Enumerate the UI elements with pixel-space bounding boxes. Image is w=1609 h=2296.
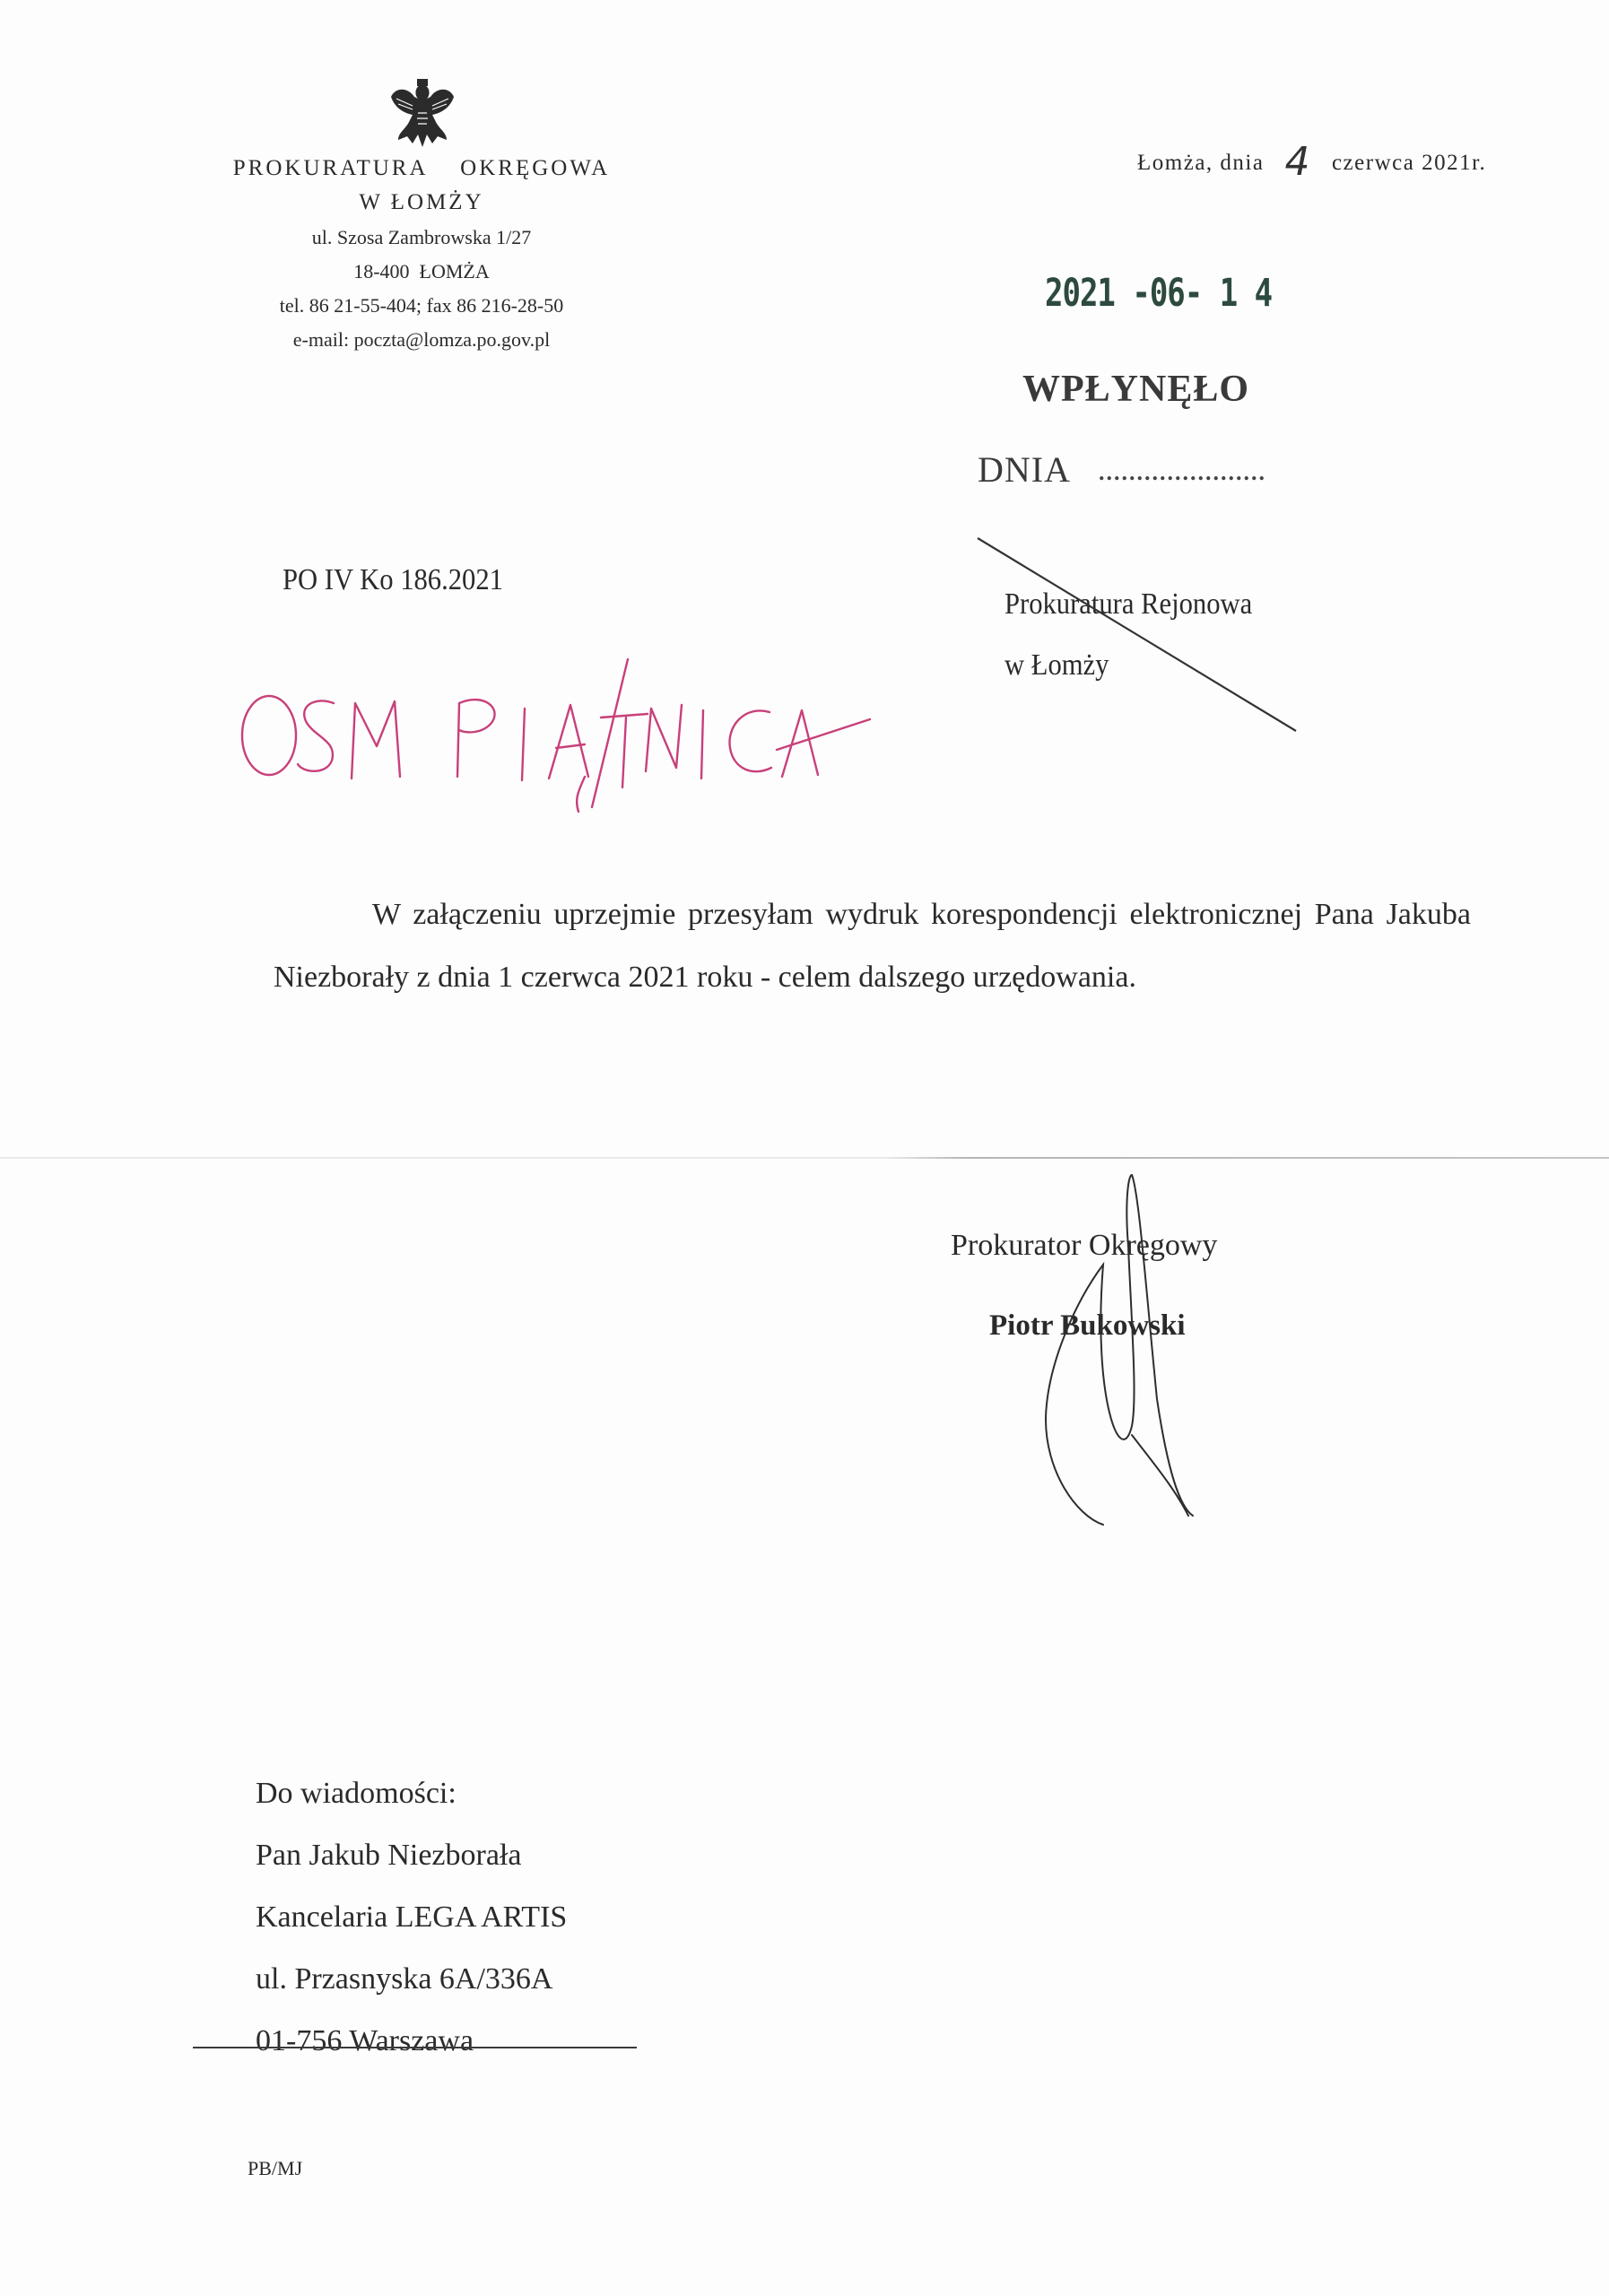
reference-number: PO IV Ko 186.2021 — [283, 563, 503, 597]
signatory-title: Prokurator Okręgowy — [951, 1229, 1217, 1263]
received-stamp-label: WPŁYNĘŁO — [1022, 368, 1249, 411]
sender-header: PROKURATURA OKRĘGOWA W ŁOMŻY ul. Szosa Z… — [193, 152, 650, 357]
received-stamp-dnia: DNIA — [978, 448, 1071, 491]
cc-line: Pan Jakub Niezborała — [256, 1824, 567, 1886]
document-date: Łomża, dnia 4 czerwca 2021r. — [1137, 139, 1486, 185]
author-initials: PB/MJ — [248, 2157, 302, 2180]
cc-strike-line — [193, 2047, 637, 2048]
address-city: 18-400 ŁOMŻA — [193, 255, 650, 289]
org-city: W ŁOMŻY — [193, 185, 650, 221]
cc-line: ul. Przasnyska 6A/336A — [256, 1948, 567, 2010]
address-street: ul. Szosa Zambrowska 1/27 — [193, 221, 650, 255]
recipient-line2: w Łomży — [1005, 635, 1252, 696]
cc-line: Kancelaria LEGA ARTIS — [256, 1886, 567, 1948]
handwritten-note-osm-piatnica — [242, 659, 870, 812]
cc-block: Do wiadomości: Pan Jakub Niezborała Kanc… — [256, 1762, 567, 2072]
signature-scribble — [1046, 1175, 1193, 1525]
received-date-stamp: 2021 -06- 1 4 — [1045, 271, 1272, 316]
cc-heading: Do wiadomości: — [256, 1762, 567, 1824]
phone-fax: tel. 86 21-55-404; fax 86 216-28-50 — [193, 289, 650, 323]
date-suffix: czerwca 2021r. — [1332, 151, 1486, 175]
letter-body: W załączeniu uprzejmie przesyłam wydruk … — [274, 883, 1471, 1009]
recipient-address: Prokuratura Rejonowa w Łomży — [1005, 574, 1252, 696]
cc-line: 01-756 Warszawa — [256, 2010, 567, 2072]
received-stamp-dots: ...................... — [1099, 459, 1266, 486]
recipient-line1: Prokuratura Rejonowa — [1005, 574, 1252, 635]
org-name: PROKURATURA OKRĘGOWA — [193, 152, 650, 185]
handwritten-day: 4 — [1271, 139, 1325, 185]
date-prefix: Łomża, dnia — [1137, 151, 1264, 175]
signatory-name: Piotr Bukowski — [989, 1309, 1186, 1343]
paper-fold-line — [0, 1157, 1609, 1159]
polish-eagle-emblem-icon — [387, 77, 457, 149]
email: e-mail: poczta@lomza.po.gov.pl — [193, 323, 650, 357]
body-paragraph: W załączeniu uprzejmie przesyłam wydruk … — [274, 883, 1471, 1009]
